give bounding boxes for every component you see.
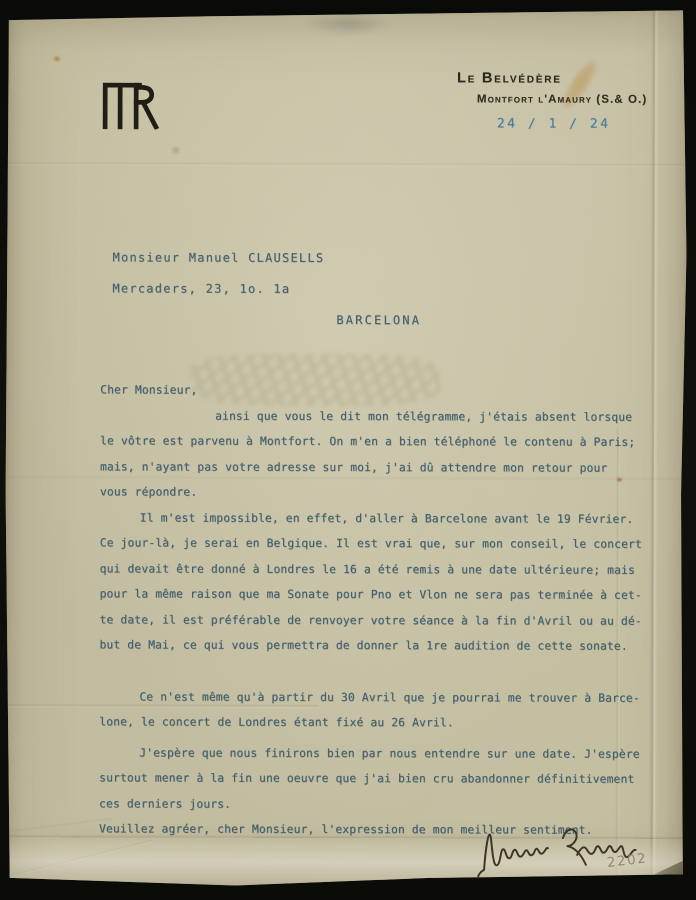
- recipient-city: BARCELONA: [336, 305, 421, 336]
- letterhead-address: Montfort l'Amaury (S.& O.): [477, 93, 647, 105]
- recipient-name: Monsieur Manuel CLAUSELLS: [112, 242, 421, 274]
- letter-line: Ce n'est même qu'à partir du 30 Avril qu…: [99, 684, 629, 711]
- letter-paper: Le Belvédère Montfort l'Amaury (S.& O.) …: [3, 5, 689, 893]
- letter-line: lone, le concert de Londres étant fixé a…: [99, 709, 629, 736]
- recipient-block: Monsieur Manuel CLAUSELLS Mercaders, 23,…: [112, 242, 421, 336]
- horizontal-fold-crease-top: [5, 161, 689, 168]
- letter-line: vous répondre.: [100, 479, 630, 506]
- letter-line: but de Mai, ce qui vous permettra de don…: [99, 632, 629, 659]
- recipient-street: Mercaders, 23, 1o. 1a: [112, 273, 421, 305]
- smudge-mark: [305, 14, 391, 34]
- corner-crease: [0, 839, 153, 884]
- letter-line: mais, n'ayant pas votre adresse sur moi,…: [100, 454, 630, 481]
- handwritten-signature: [471, 814, 649, 889]
- letter-line: J'espère que nous finirons bien par nous…: [99, 740, 629, 767]
- scanned-letter-page: Le Belvédère Montfort l'Amaury (S.& O.) …: [0, 0, 696, 900]
- letterhead-date: 24 / 1 / 24: [497, 116, 611, 131]
- letterhead-name: Le Belvédère: [457, 70, 562, 86]
- mr-monogram-icon: [101, 79, 163, 133]
- letter-line: surtout mener à la fin une oeuvre que j'…: [99, 765, 629, 792]
- letter-line: le vôtre est parvenu à Montfort. On m'en…: [100, 428, 630, 455]
- vertical-fold-crease: [649, 7, 659, 893]
- letter-line: te date, il est préférable de renvoyer v…: [100, 607, 630, 634]
- letter-line: qui devait être donné à Londres le 16 a …: [100, 556, 630, 583]
- letter-line: Ce jour-là, je serai en Belgique. Il est…: [100, 530, 630, 557]
- letter-body: Cher Monsieur, ainsi que vous le dit mon…: [99, 377, 630, 843]
- letter-line: ces derniers jours.: [99, 791, 629, 818]
- letter-line: Il m'est impossible, en effet, d'aller à…: [100, 505, 630, 532]
- corner-crease-2: [0, 817, 113, 834]
- letter-line: Cher Monsieur,: [100, 377, 630, 404]
- rust-spot: [171, 146, 181, 155]
- rust-spot: [453, 878, 461, 885]
- letter-line: pour la même raison que ma Sonate pour P…: [100, 581, 630, 608]
- letter-line: ainsi que vous le dit mon télégramme, j'…: [100, 403, 630, 430]
- rust-spot: [53, 55, 61, 62]
